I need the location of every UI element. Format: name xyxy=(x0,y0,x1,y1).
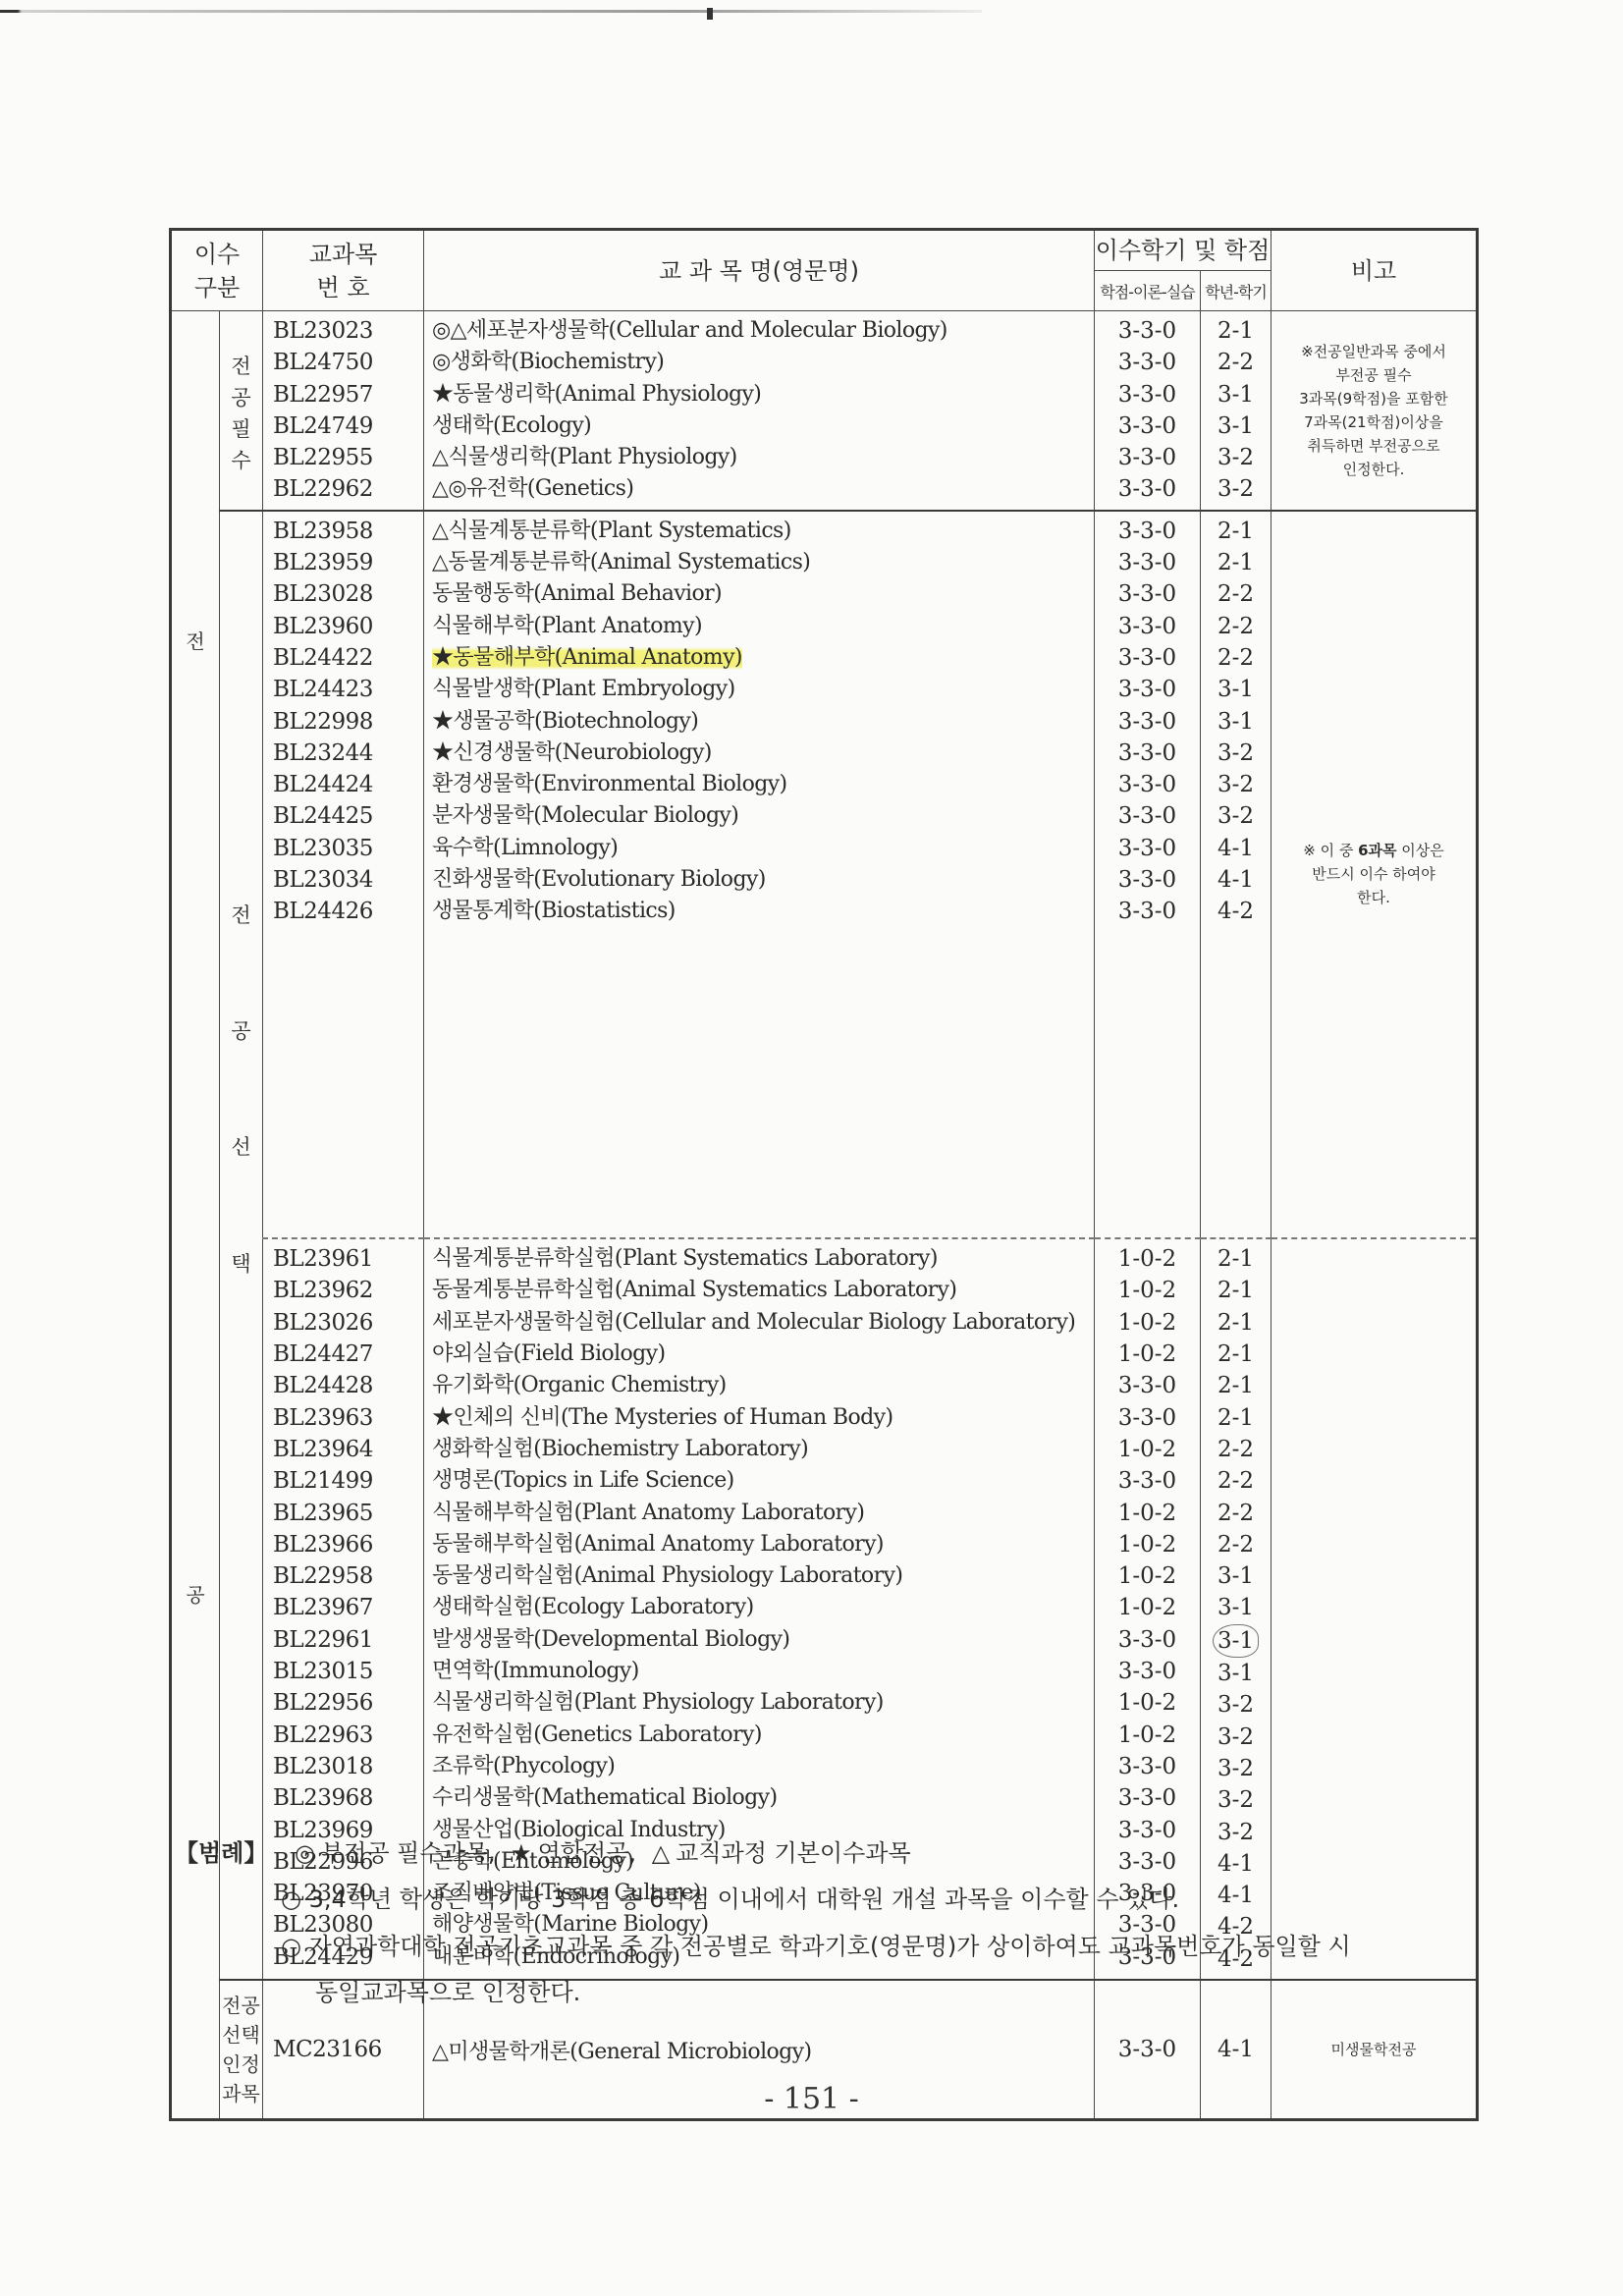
semester-cell: 2-1 xyxy=(1201,1275,1271,1306)
name-cell: 수리생물학(Mathematical Biology) xyxy=(432,1782,1094,1814)
credits-cell: 3-3-0 xyxy=(1095,896,1200,927)
name-cell: 동물행동학(Animal Behavior) xyxy=(432,578,1094,610)
credits-cell: 3-3-0 xyxy=(1095,611,1200,642)
credits-cell: 3-3-0 xyxy=(1095,800,1200,832)
name-cell: 유기화학(Organic Chemistry) xyxy=(432,1370,1094,1401)
credits-cell: 3-3-0 xyxy=(1095,442,1200,473)
note-cell xyxy=(1271,1238,1478,1980)
semester-cell: 4-1 xyxy=(1201,833,1271,864)
code-cell: BL23964 xyxy=(273,1434,423,1465)
legend-note-2-cont: 동일교과목으로 인정한다. xyxy=(315,1973,580,2007)
credits-column: 3-3-03-3-03-3-03-3-03-3-03-3-0 xyxy=(1094,311,1200,511)
credits-cell: 3-3-0 xyxy=(1095,578,1200,610)
code-cell: BL23015 xyxy=(273,1656,423,1687)
semester-cell: 3-1 xyxy=(1201,1624,1271,1658)
credits-cell: 3-3-0 xyxy=(1095,1465,1200,1497)
code-cell: BL23958 xyxy=(273,516,423,547)
credits-cell: 3-3-0 xyxy=(1095,833,1200,864)
semester-cell: 3-1 xyxy=(1201,379,1271,410)
semester-cell: 3-2 xyxy=(1201,1784,1271,1816)
code-column: BL23023BL24750BL22957BL24749BL22955BL229… xyxy=(263,311,424,511)
code-cell: BL22957 xyxy=(273,379,423,410)
credits-cell: 3-3-0 xyxy=(1095,642,1200,674)
name-cell: 환경생물학(Environmental Biology) xyxy=(432,769,1094,800)
note-cell: ※ 이 중 6과목 이상은반드시 이수 하여야한다. xyxy=(1271,511,1478,1238)
semester-cell: 2-1 xyxy=(1201,516,1271,547)
semester-cell: 4-1 xyxy=(1201,864,1271,896)
name-cell: 유전학실험(Genetics Laboratory) xyxy=(432,1720,1094,1751)
semester-cell: 3-2 xyxy=(1201,800,1271,832)
name-cell: 면역학(Immunology) xyxy=(432,1656,1094,1687)
semester-cell: 3-2 xyxy=(1201,1753,1271,1784)
semester-cell: 3-2 xyxy=(1201,1689,1271,1721)
code-cell: BL23960 xyxy=(273,611,423,642)
name-cell: ◎생화학(Biochemistry) xyxy=(432,347,1094,378)
subcategory-label: 전공선택 xyxy=(220,511,263,1980)
name-cell: 야외실습(Field Biology) xyxy=(432,1339,1094,1370)
name-cell: 조류학(Phycology) xyxy=(432,1751,1094,1782)
semester-cell: 2-1 xyxy=(1201,1339,1271,1370)
code-cell: BL24749 xyxy=(273,410,423,442)
name-cell: 진화생물학(Evolutionary Biology) xyxy=(432,864,1094,896)
code-cell: BL22998 xyxy=(273,706,423,738)
semester-cell: 3-1 xyxy=(1201,706,1271,738)
name-cell: 생화학실험(Biochemistry Laboratory) xyxy=(432,1434,1094,1465)
credits-cell: 1-0-2 xyxy=(1095,1339,1200,1370)
double-circle-icon: ◎ xyxy=(295,1839,315,1867)
group-major-elective-b: BL23961BL23962BL23026BL24427BL24428BL239… xyxy=(171,1238,1478,1980)
semester-cell: 2-2 xyxy=(1201,347,1271,378)
semester-cell: 3-1 xyxy=(1201,410,1271,442)
legend-item-minor: 부전공 필수과목, xyxy=(321,1839,496,1867)
semester-cell: 4-2 xyxy=(1201,896,1271,927)
semester-cell: 3-2 xyxy=(1201,769,1271,800)
legend-note-1: ○ 3,4학년 학생은 학기당 3학점 총 6학점 이내에서 대학원 개설 과목… xyxy=(281,1880,1179,1914)
credits-cell: 3-3-0 xyxy=(1095,706,1200,738)
name-cell: 분자생물학(Molecular Biology) xyxy=(432,800,1094,832)
name-cell: ◎△세포분자생물학(Cellular and Molecular Biology… xyxy=(432,315,1094,347)
name-cell: ★생물공학(Biotechnology) xyxy=(432,706,1094,738)
code-cell: BL23244 xyxy=(273,738,423,769)
header-category: 이수구분 xyxy=(171,230,263,311)
semester-cell: 3-1 xyxy=(1201,1658,1271,1689)
code-cell: BL24422 xyxy=(273,642,423,674)
credits-cell: 1-0-2 xyxy=(1095,1275,1200,1306)
code-cell: BL24427 xyxy=(273,1339,423,1370)
semester-cell: 2-1 xyxy=(1201,547,1271,578)
semester-cell: 2-1 xyxy=(1201,315,1271,347)
code-cell: BL22963 xyxy=(273,1720,423,1751)
code-cell: BL24424 xyxy=(273,769,423,800)
code-cell: BL21499 xyxy=(273,1465,423,1497)
code-column: BL23961BL23962BL23026BL24427BL24428BL239… xyxy=(263,1238,424,1980)
credits-cell: 3-3-0 xyxy=(1095,1370,1200,1401)
semester-cell: 2-1 xyxy=(1201,1370,1271,1401)
credits-cell: 3-3-0 xyxy=(1095,379,1200,410)
semester-cell: 2-2 xyxy=(1201,642,1271,674)
code-cell: BL23966 xyxy=(273,1529,423,1560)
semester-cell: 2-2 xyxy=(1201,1434,1271,1465)
name-cell: 식물생리학실험(Plant Physiology Laboratory) xyxy=(432,1687,1094,1719)
semester-column: 2-12-12-22-22-23-13-13-23-23-24-14-14-2 xyxy=(1200,511,1271,1238)
credits-cell: 3-3-0 xyxy=(1095,410,1200,442)
name-column: △식물계통분류학(Plant Systematics)△동물계통분류학(Anim… xyxy=(424,511,1095,1238)
credits-cell: 1-0-2 xyxy=(1095,1434,1200,1465)
name-cell: ★동물해부학(Animal Anatomy) xyxy=(432,642,1094,674)
code-cell: BL23962 xyxy=(273,1275,423,1306)
credits-cell: 3-3-0 xyxy=(1095,1656,1200,1687)
code-cell: BL22958 xyxy=(273,1560,423,1592)
semester-cell: 3-1 xyxy=(1201,1592,1271,1623)
semester-cell: 2-2 xyxy=(1201,1465,1271,1497)
star-icon: ★ xyxy=(511,1839,532,1867)
header-course-name: 교 과 목 명(영문명) xyxy=(424,230,1095,311)
name-cell: 생태학실험(Ecology Laboratory) xyxy=(432,1592,1094,1623)
header-credits-group: 이수학기 및 학점 xyxy=(1094,230,1271,271)
note-cell: ※전공일반과목 중에서부전공 필수3과목(9학점)을 포함한7과목(21학점)이… xyxy=(1271,311,1478,511)
name-column: 식물계통분류학실험(Plant Systematics Laboratory)동… xyxy=(424,1238,1095,1980)
header-credits: 학점-이론-실습 xyxy=(1094,271,1200,311)
code-cell: BL23023 xyxy=(273,315,423,347)
page-number: - 151 - xyxy=(0,2082,1623,2116)
semester-cell: 2-1 xyxy=(1201,1243,1271,1275)
name-cell: 식물발생학(Plant Embryology) xyxy=(432,674,1094,705)
code-cell: BL23035 xyxy=(273,833,423,864)
semester-column: 2-12-23-13-13-23-2 xyxy=(1200,311,1271,511)
header-note: 비고 xyxy=(1271,230,1478,311)
credits-cell: 1-0-2 xyxy=(1095,1687,1200,1719)
code-cell: BL24750 xyxy=(273,347,423,378)
name-cell: 육수학(Limnology) xyxy=(432,833,1094,864)
credits-cell: 1-0-2 xyxy=(1095,1592,1200,1623)
semester-cell: 3-1 xyxy=(1201,674,1271,705)
credits-cell: 1-0-2 xyxy=(1095,1529,1200,1560)
code-column: BL23958BL23959BL23028BL23960BL24422BL244… xyxy=(263,511,424,1238)
semester-cell: 2-2 xyxy=(1201,578,1271,610)
code-cell: BL23034 xyxy=(273,864,423,896)
name-cell: △동물계통분류학(Animal Systematics) xyxy=(432,547,1094,578)
credits-cell: 3-3-0 xyxy=(1095,473,1200,505)
semester-cell: 3-2 xyxy=(1201,1817,1271,1848)
name-cell: 생명론(Topics in Life Science) xyxy=(432,1465,1094,1497)
credits-cell: 3-3-0 xyxy=(1095,769,1200,800)
semester-cell: 3-1 xyxy=(1201,1560,1271,1592)
name-cell: △◎유전학(Genetics) xyxy=(432,473,1094,505)
legend-item-teaching: 교직과정 기본이수과목 xyxy=(676,1839,910,1867)
semester-cell: 4-1 xyxy=(1201,1848,1271,1880)
credits-cell: 1-0-2 xyxy=(1095,1720,1200,1751)
credits-cell: 3-3-0 xyxy=(1095,347,1200,378)
legend-note-2: ○ 자연과학대학 전공기초교과목 중 각 전공별로 학과기호(영문명)가 상이하… xyxy=(281,1927,1351,1961)
name-cell: 식물계통분류학실험(Plant Systematics Laboratory) xyxy=(432,1243,1094,1275)
code-cell: BL23963 xyxy=(273,1402,423,1434)
name-cell: 세포분자생물학실험(Cellular and Molecular Biology… xyxy=(432,1307,1094,1339)
credits-cell: 3-3-0 xyxy=(1095,1751,1200,1782)
credits-cell: 3-3-0 xyxy=(1095,1815,1200,1846)
semester-cell: 4-1 xyxy=(1201,1880,1271,1911)
semester-cell: 2-1 xyxy=(1201,1307,1271,1339)
credits-cell: 1-0-2 xyxy=(1095,1560,1200,1592)
name-cell: ★인체의 신비(The Mysteries of Human Body) xyxy=(432,1402,1094,1434)
name-cell: 생태학(Ecology) xyxy=(432,410,1094,442)
semester-cell: 2-2 xyxy=(1201,611,1271,642)
credits-cell: 3-3-0 xyxy=(1095,674,1200,705)
credits-cell: 3-3-0 xyxy=(1095,1846,1200,1878)
semester-cell: 2-2 xyxy=(1201,1498,1271,1529)
name-cell: △식물생리학(Plant Physiology) xyxy=(432,442,1094,473)
code-cell: BL23018 xyxy=(273,1751,423,1782)
code-cell: BL22961 xyxy=(273,1624,423,1656)
header-code: 교과목번 호 xyxy=(263,230,424,311)
credits-cell: 3-3-0 xyxy=(1095,1624,1200,1656)
code-cell: BL22955 xyxy=(273,442,423,473)
name-cell: 생물통계학(Biostatistics) xyxy=(432,896,1094,927)
code-cell: BL23968 xyxy=(273,1782,423,1814)
name-cell: 식물해부학실험(Plant Anatomy Laboratory) xyxy=(432,1498,1094,1529)
name-cell: ★동물생리학(Animal Physiology) xyxy=(432,379,1094,410)
code-cell: BL23028 xyxy=(273,578,423,610)
code-cell: BL24423 xyxy=(273,674,423,705)
credits-cell: 1-0-2 xyxy=(1095,1307,1200,1339)
semester-cell: 3-2 xyxy=(1201,442,1271,473)
subcategory-label: 전공필수 xyxy=(220,311,263,511)
semester-column: 2-12-12-12-12-12-12-22-22-22-23-13-13-13… xyxy=(1200,1238,1271,1980)
code-cell: BL23965 xyxy=(273,1498,423,1529)
name-cell: ★신경생물학(Neurobiology) xyxy=(432,738,1094,769)
code-cell: BL23961 xyxy=(273,1243,423,1275)
header-semester: 학년-학기 xyxy=(1200,271,1271,311)
semester-cell: 3-2 xyxy=(1201,473,1271,505)
code-cell: BL23967 xyxy=(273,1592,423,1623)
name-cell: △식물계통분류학(Plant Systematics) xyxy=(432,516,1094,547)
credits-cell: 3-3-0 xyxy=(1095,864,1200,896)
name-column: ◎△세포분자생물학(Cellular and Molecular Biology… xyxy=(424,311,1095,511)
name-cell: 동물해부학실험(Animal Anatomy Laboratory) xyxy=(432,1529,1094,1560)
credits-cell: 3-3-0 xyxy=(1095,1782,1200,1814)
credits-cell: 1-0-2 xyxy=(1095,1243,1200,1275)
scan-artifact xyxy=(0,8,1623,14)
code-cell: BL23959 xyxy=(273,547,423,578)
name-cell: 발생생물학(Developmental Biology) xyxy=(432,1624,1094,1656)
credits-cell: 3-3-0 xyxy=(1095,1402,1200,1434)
legend-item-joint: 연합전공, xyxy=(538,1839,636,1867)
group-major-elective-a: 전공선택BL23958BL23959BL23028BL23960BL24422B… xyxy=(171,511,1478,1238)
credits-cell: 3-3-0 xyxy=(1095,738,1200,769)
code-cell: BL23026 xyxy=(273,1307,423,1339)
triangle-icon: △ xyxy=(652,1839,670,1867)
semester-cell: 2-2 xyxy=(1201,1529,1271,1560)
legend-label: 【범례】 xyxy=(175,1839,267,1867)
code-cell: BL24425 xyxy=(273,800,423,832)
credits-cell: 3-3-0 xyxy=(1095,516,1200,547)
credits-cell: 3-3-0 xyxy=(1095,315,1200,347)
code-cell: BL24426 xyxy=(273,896,423,927)
semester-cell: 3-2 xyxy=(1201,1722,1271,1753)
semester-cell: 3-2 xyxy=(1201,738,1271,769)
credits-cell: 1-0-2 xyxy=(1095,1498,1200,1529)
semester-cell: 2-1 xyxy=(1201,1402,1271,1434)
group-major-required: 전공전공필수BL23023BL24750BL22957BL24749BL2295… xyxy=(171,311,1478,511)
credits-column: 1-0-21-0-21-0-21-0-23-3-03-3-01-0-23-3-0… xyxy=(1094,1238,1200,1980)
credits-cell: 3-3-0 xyxy=(1095,547,1200,578)
code-cell: BL22962 xyxy=(273,473,423,505)
name-cell: 동물계통분류학실험(Animal Systematics Laboratory) xyxy=(432,1275,1094,1306)
code-cell: BL24428 xyxy=(273,1370,423,1401)
name-cell: 동물생리학실험(Animal Physiology Laboratory) xyxy=(432,1560,1094,1592)
credits-column: 3-3-03-3-03-3-03-3-03-3-03-3-03-3-03-3-0… xyxy=(1094,511,1200,1238)
code-cell: BL22956 xyxy=(273,1687,423,1719)
name-cell: 식물해부학(Plant Anatomy) xyxy=(432,611,1094,642)
